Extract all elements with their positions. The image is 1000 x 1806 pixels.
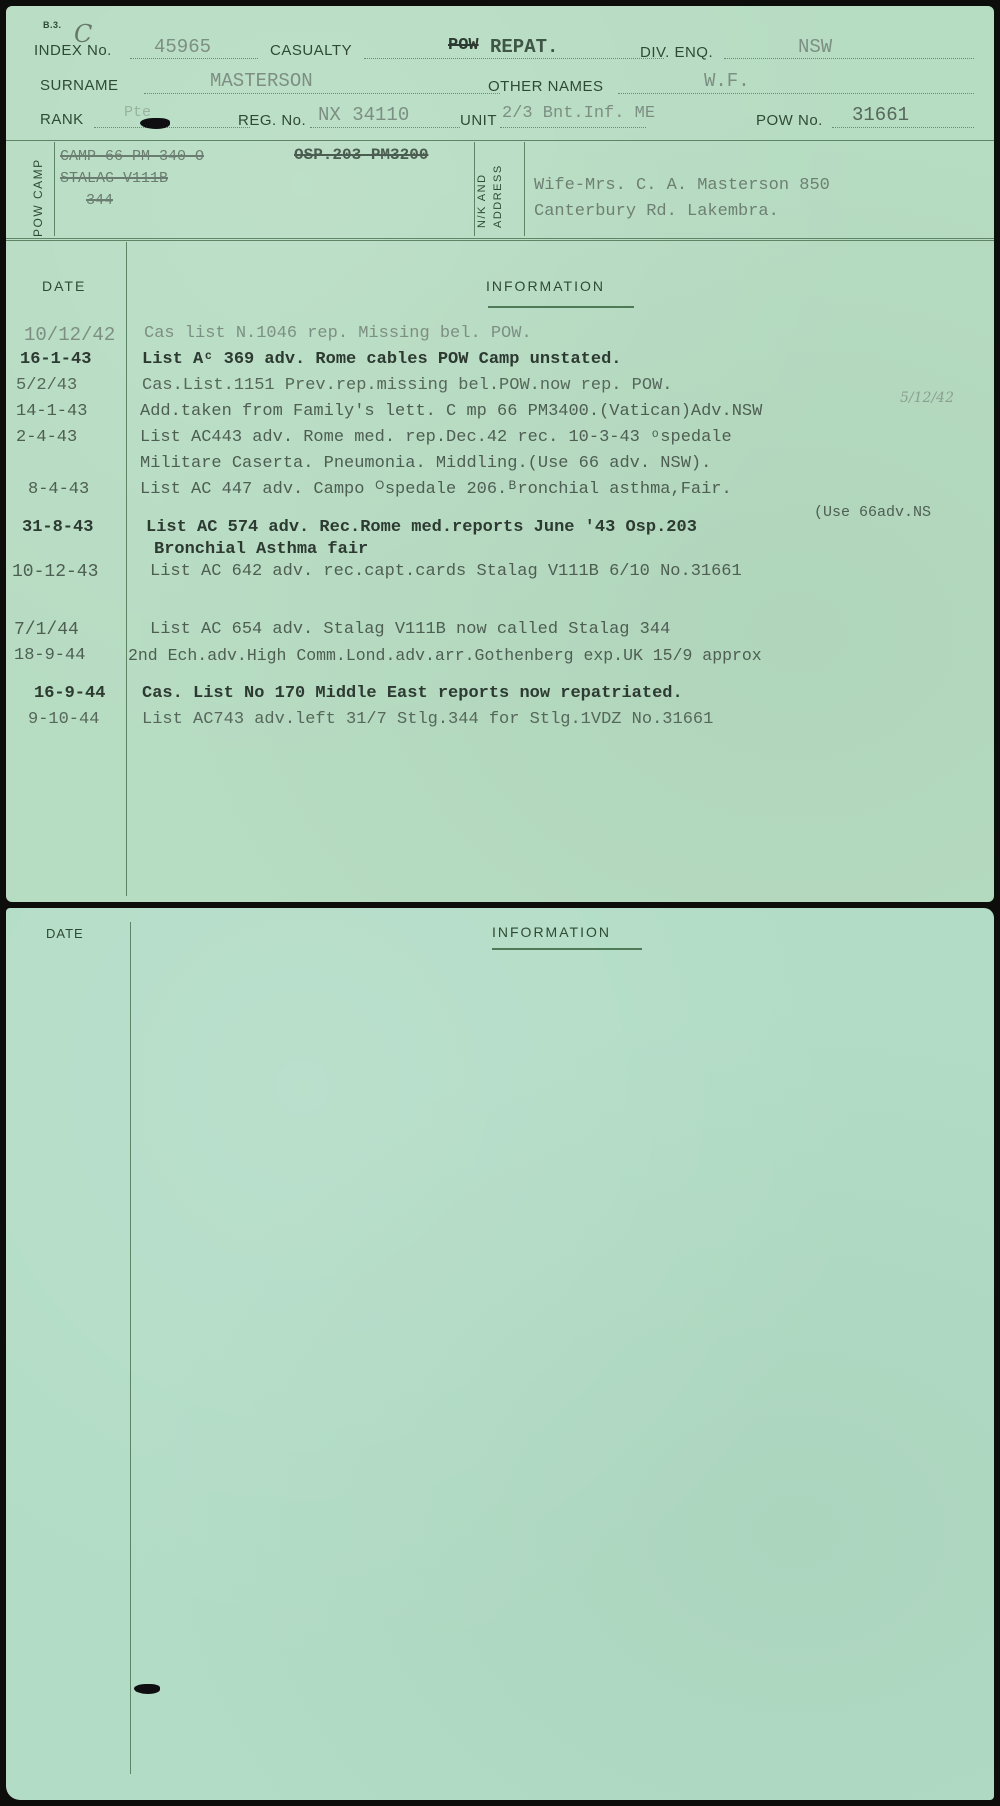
- nk-label-line1: N/K AND: [476, 148, 488, 228]
- pow-camp-label: POW CAMP: [31, 157, 45, 237]
- record-card-front: B.3. C INDEX No. 45965 CASUALTY POW REPA…: [6, 6, 994, 902]
- div-enq-value: NSW: [798, 36, 832, 58]
- reverse-information-header-underline: [492, 948, 642, 950]
- nk-label-line2: ADDRESS: [492, 148, 504, 228]
- entry-date: 16-9-44: [34, 684, 105, 703]
- pow-camp-line-3: STALAG V111B: [60, 170, 168, 187]
- div-enq-label: DIV. ENQ.: [640, 44, 713, 61]
- entry-date: 16-1-43: [20, 350, 91, 369]
- row-rank-unit: RANK Pte REG. No. NX 34110 UNIT 2/3 Bnt.…: [34, 104, 964, 130]
- header-divider: [6, 140, 994, 141]
- entry-date: 2-4-43: [16, 428, 77, 447]
- pow-no-dots: [832, 127, 974, 128]
- surname-value: MASTERSON: [210, 70, 313, 92]
- index-no-value: 45965: [154, 36, 211, 58]
- entry-text: List AC 574 adv. Rec.Rome med.reports Ju…: [146, 518, 697, 537]
- ink-blot: [140, 118, 170, 129]
- entry-date: 18-9-44: [14, 646, 85, 665]
- entry-text: List Aᶜ 369 adv. Rome cables POW Camp un…: [142, 350, 621, 369]
- record-card-reverse: DATE INFORMATION: [6, 908, 994, 1800]
- entry-date: 9-10-44: [28, 710, 99, 729]
- surname-dots: [144, 93, 500, 94]
- reg-no-value: NX 34110: [318, 104, 409, 126]
- entry-text: List AC 654 adv. Stalag V111B now called…: [150, 620, 670, 639]
- reverse-date-column-divider: [130, 922, 131, 1774]
- entry-date: 5/2/43: [16, 376, 77, 395]
- casualty-label: CASUALTY: [270, 42, 352, 59]
- entry-text: Cas list N.1046 rep. Missing bel. POW.: [144, 324, 532, 343]
- unit-label: UNIT: [460, 112, 497, 129]
- ink-blot: [134, 1684, 160, 1694]
- entry-text: List AC 642 adv. rec.capt.cards Stalag V…: [150, 562, 742, 581]
- entry-text: Cas. List No 170 Middle East reports now…: [142, 684, 683, 703]
- pow-no-label: POW No.: [756, 112, 823, 129]
- entry-text: List AC 447 adv. Campo ᴼspedale 206.ᴮron…: [140, 480, 732, 499]
- other-names-value: W.F.: [704, 70, 750, 92]
- information-column-header: INFORMATION: [486, 278, 605, 294]
- entry-text-continuation: Bronchial Asthma fair: [154, 540, 368, 559]
- surname-label: SURNAME: [40, 77, 119, 94]
- nk-address-line1: Wife-Mrs. C. A. Masterson 850: [534, 176, 830, 195]
- date-column-divider: [126, 242, 127, 896]
- nk-address-line2: Canterbury Rd. Lakembra.: [534, 202, 779, 221]
- entry-text: Add.taken from Family's lett. C mp 66 PM…: [140, 402, 762, 421]
- unit-value: 2/3 Bnt.Inf. ME: [502, 104, 655, 123]
- entry-text: List AC743 adv.left 31/7 Stlg.344 for St…: [142, 710, 713, 729]
- other-names-label: OTHER NAMES: [488, 78, 604, 95]
- reverse-information-column-header: INFORMATION: [492, 924, 611, 940]
- entry-date: 10/12/42: [24, 324, 115, 346]
- index-no-dots: [130, 58, 258, 59]
- row-surname: SURNAME MASTERSON OTHER NAMES W.F.: [34, 70, 964, 96]
- casualty-dots: [364, 58, 664, 59]
- entry-date: 31-8-43: [22, 518, 93, 537]
- entry-date: 7/1/44: [14, 620, 79, 640]
- row-index-casualty: INDEX No. 45965 CASUALTY POW REPAT. DIV.…: [34, 36, 964, 62]
- entry-date: 8-4-43: [28, 480, 89, 499]
- rank-label: RANK: [40, 111, 84, 128]
- reverse-date-column-header: DATE: [46, 926, 84, 941]
- index-no-label: INDEX No.: [34, 42, 112, 59]
- handwritten-margin-note: 5/12/42: [900, 390, 954, 406]
- pow-camp-line-1: CAMP 66 PM 340 O: [60, 148, 204, 165]
- div-enq-dots: [724, 58, 974, 59]
- nk-right-divider: [524, 142, 525, 236]
- other-names-dots: [618, 93, 974, 94]
- entry-date: 14-1-43: [16, 402, 87, 421]
- form-code: B.3.: [43, 20, 62, 30]
- entry-text-annotation: (Use 66adv.NS: [814, 504, 931, 521]
- casualty-struck-value: POW: [448, 36, 479, 55]
- reg-no-dots: [310, 127, 460, 128]
- entry-text-continuation: Militare Caserta. Pneumonia. Middling.(U…: [140, 454, 711, 473]
- casualty-value: REPAT.: [490, 36, 558, 58]
- entry-date: 10-12-43: [12, 562, 98, 582]
- pow-camp-line-2: OSP.203 PM3200: [294, 146, 428, 164]
- table-top-divider: [6, 238, 994, 241]
- reg-no-label: REG. No.: [238, 112, 306, 129]
- entry-text: List AC443 adv. Rome med. rep.Dec.42 rec…: [140, 428, 732, 447]
- entry-text: 2nd Ech.adv.High Comm.Lond.adv.arr.Gothe…: [128, 646, 762, 665]
- unit-dots: [500, 127, 646, 128]
- information-header-underline: [488, 306, 634, 308]
- entry-text: Cas.List.1151 Prev.rep.missing bel.POW.n…: [142, 376, 673, 395]
- pow-no-value: 31661: [852, 104, 909, 126]
- pow-camp-divider: [54, 142, 55, 236]
- rank-dots: [94, 127, 250, 128]
- pow-camp-line-4: 344: [86, 192, 113, 209]
- nk-left-divider: [474, 142, 475, 236]
- date-column-header: DATE: [42, 278, 86, 294]
